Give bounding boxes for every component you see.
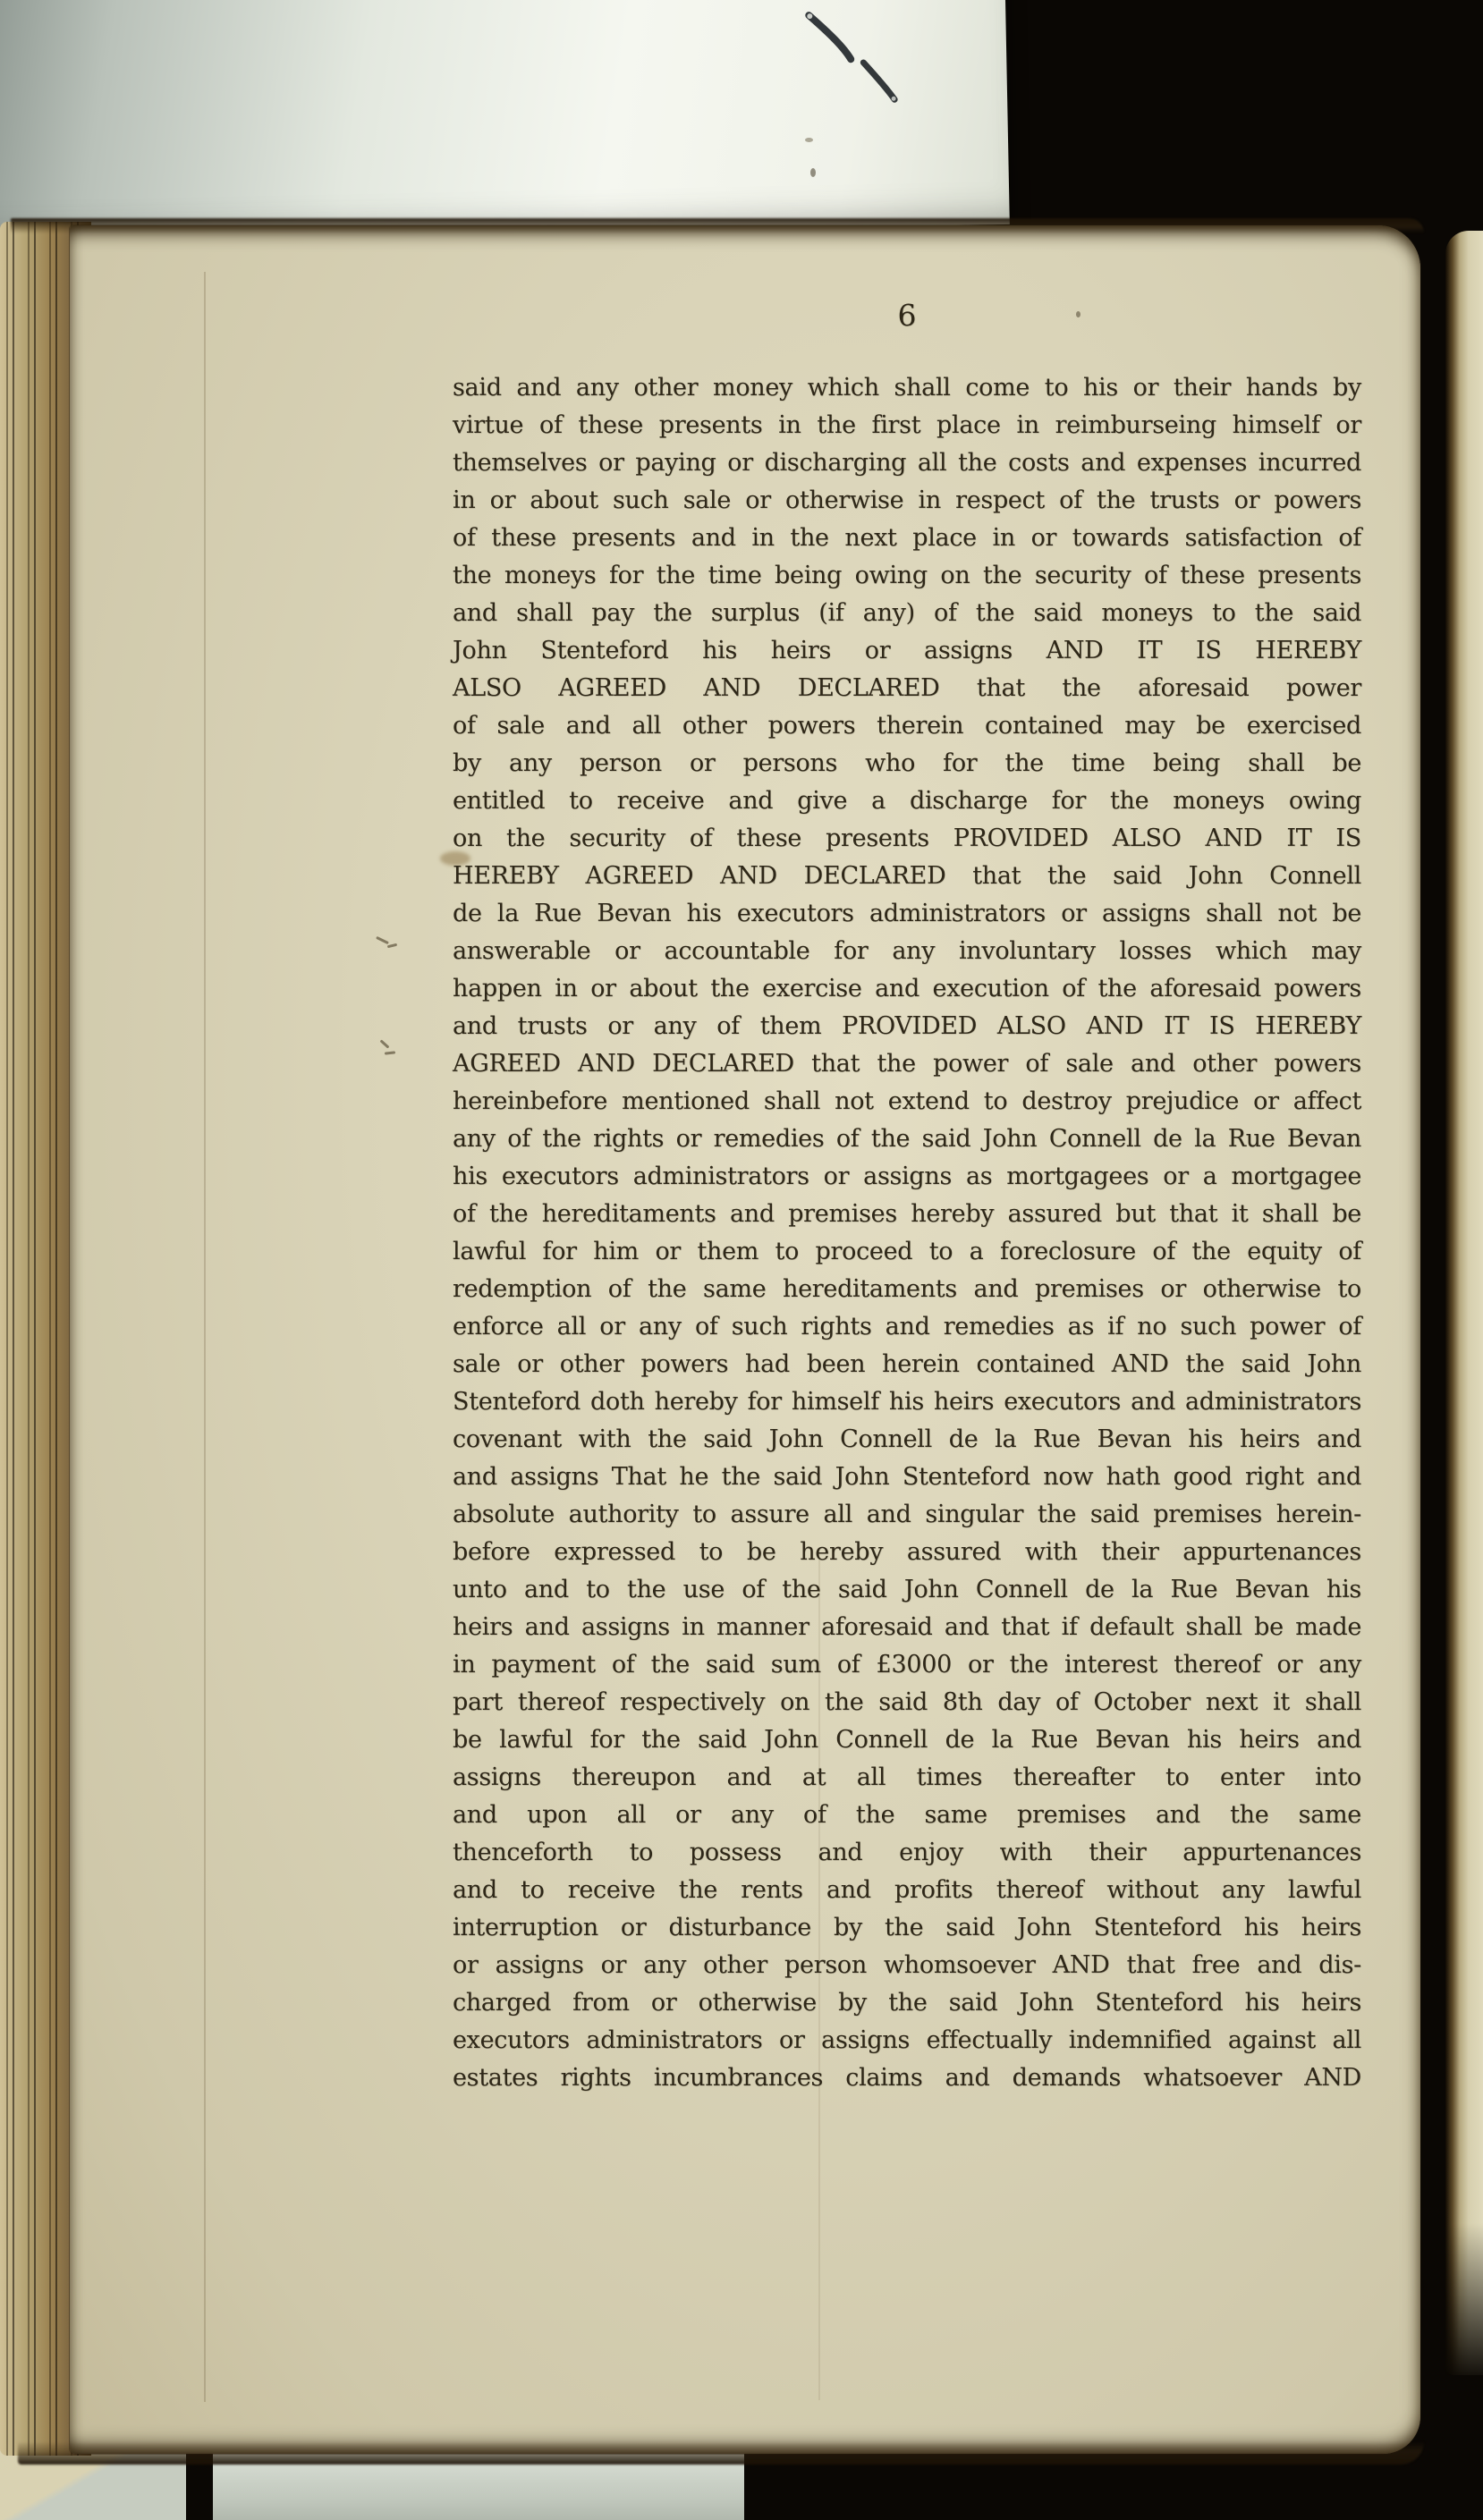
text-line: thenceforth to possess and enjoy with th…	[453, 1834, 1361, 1872]
text-line: interruption or disturbance by the said …	[453, 1909, 1361, 1947]
text-line: and upon all or any of the same premises…	[453, 1797, 1361, 1834]
scanned-book-photo: 6 said and any other money which shall c…	[0, 0, 1483, 2520]
text-line: his executors administrators or assigns …	[453, 1158, 1361, 1196]
text-line: HEREBY AGREED AND DECLARED that the said…	[453, 858, 1361, 895]
text-line: and to receive the rents and profits the…	[453, 1872, 1361, 1909]
ink-speck	[810, 168, 816, 177]
text-line: and assigns That he the said John Stente…	[453, 1459, 1361, 1496]
text-line: or assigns or any other person whomsoeve…	[453, 1947, 1361, 1984]
text-line: assigns thereupon and at all times there…	[453, 1759, 1361, 1797]
text-line: lawful for him or them to proceed to a f…	[453, 1233, 1361, 1271]
page-bottom-burnt-edge	[18, 2441, 1424, 2465]
text-line: John Stenteford his heirs or assigns AND…	[453, 632, 1361, 670]
text-line: AGREED AND DECLARED that the power of sa…	[453, 1045, 1361, 1083]
text-line: de la Rue Bevan his executors administra…	[453, 895, 1361, 933]
ink-speck	[805, 138, 813, 142]
text-line: themselves or paying or discharging all …	[453, 444, 1361, 482]
text-line: of the hereditaments and premises hereby…	[453, 1196, 1361, 1233]
deed-text-block: said and any other money which shall com…	[453, 369, 1361, 2097]
text-line: charged from or otherwise by the said Jo…	[453, 1984, 1361, 2022]
text-line: Stenteford doth hereby for himself his h…	[453, 1383, 1361, 1421]
text-line: of these presents and in the next place …	[453, 520, 1361, 557]
text-line: hereinbefore mentioned shall not extend …	[453, 1083, 1361, 1120]
text-line: on the security of these presents PROVID…	[453, 820, 1361, 858]
text-line: heirs and assigns in manner aforesaid an…	[453, 1609, 1361, 1646]
text-line: entitled to receive and give a discharge…	[453, 782, 1361, 820]
text-line: sale or other powers had been herein con…	[453, 1346, 1361, 1383]
text-line: in payment of the said sum of £3000 or t…	[453, 1646, 1361, 1684]
text-line: virtue of these presents in the first pl…	[453, 407, 1361, 444]
text-line: before expressed to be hereby assured wi…	[453, 1534, 1361, 1571]
text-line: absolute authority to assure all and sin…	[453, 1496, 1361, 1534]
text-line: answerable or accountable for any involu…	[453, 933, 1361, 970]
page-content: 6 said and any other money which shall c…	[453, 300, 1361, 2097]
text-line: the moneys for the time being owing on t…	[453, 557, 1361, 595]
text-line: part thereof respectively on the said 8t…	[453, 1684, 1361, 1721]
backing-sheet-top	[0, 0, 1010, 244]
text-line: and shall pay the surplus (if any) of th…	[453, 595, 1361, 632]
page-crease	[204, 272, 206, 2402]
text-line: by any person or persons who for the tim…	[453, 745, 1361, 782]
text-line: of sale and all other powers therein con…	[453, 707, 1361, 745]
text-line: ALSO AGREED AND DECLARED that the afores…	[453, 670, 1361, 707]
text-line: covenant with the said John Connell de l…	[453, 1421, 1361, 1459]
text-line: said and any other money which shall com…	[453, 369, 1361, 407]
text-line: in or about such sale or otherwise in re…	[453, 482, 1361, 520]
text-line: redemption of the same hereditaments and…	[453, 1271, 1361, 1308]
text-line: happen in or about the exercise and exec…	[453, 970, 1361, 1008]
text-line: enforce all or any of such rights and re…	[453, 1308, 1361, 1346]
text-line: and trusts or any of them PROVIDED ALSO …	[453, 1008, 1361, 1045]
text-line: estates rights incumbrances claims and d…	[453, 2059, 1361, 2097]
text-line: executors administrators or assigns effe…	[453, 2022, 1361, 2059]
text-line: unto and to the use of the said John Con…	[453, 1571, 1361, 1609]
text-line: be lawful for the said John Connell de l…	[453, 1721, 1361, 1759]
pen-mark	[800, 4, 927, 114]
text-line: any of the rights or remedies of the sai…	[453, 1120, 1361, 1158]
page-number: 6	[453, 300, 1361, 330]
page-top-burnt-edge	[11, 218, 1424, 233]
